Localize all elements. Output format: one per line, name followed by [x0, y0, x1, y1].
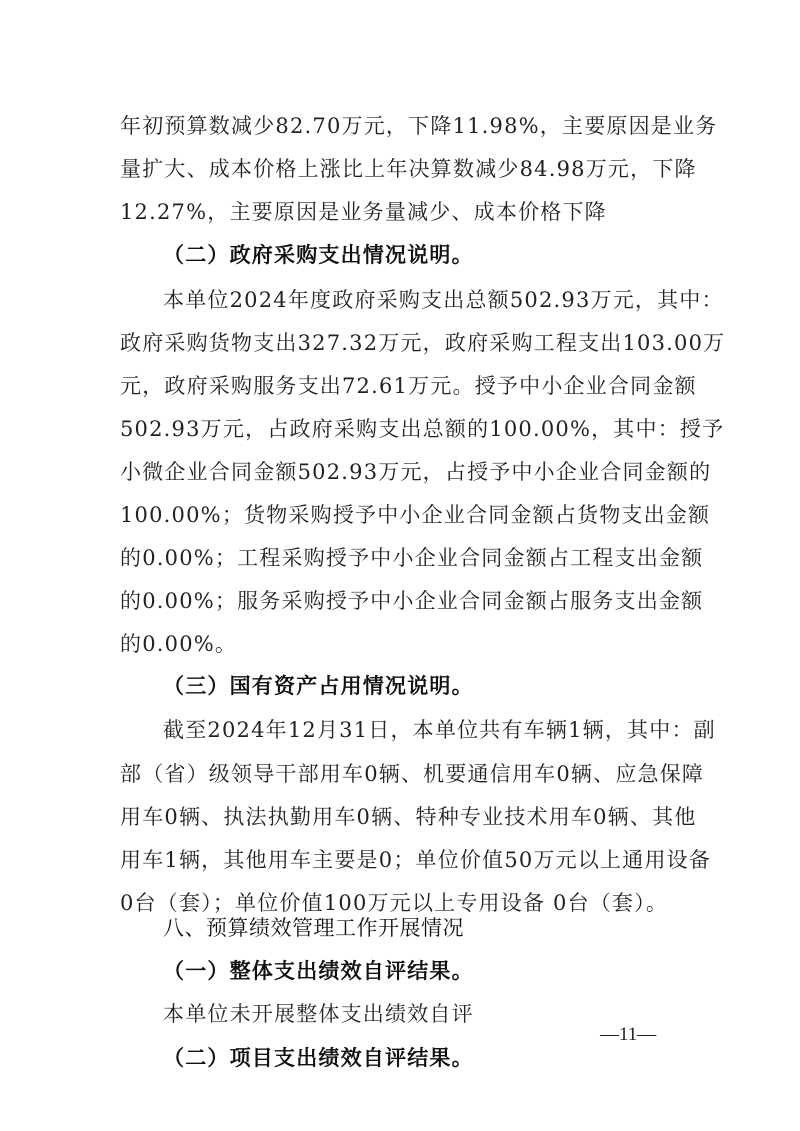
section-heading-procurement: （二）政府采购支出情况说明。: [163, 241, 474, 269]
paragraph-line: 部（省）级领导干部用车0辆、机要通信用车0辆、应急保障: [120, 760, 704, 788]
paragraph-line: 12.27%，主要原因是业务量减少、成本价格下降: [120, 198, 607, 226]
paragraph-line: 本单位2024年度政府采购支出总额502.93万元，其中：: [163, 286, 724, 314]
page-number: —11—: [600, 1024, 656, 1046]
paragraph-line: 用车0辆、执法执勤用车0辆、特种专业技术用车0辆、其他: [120, 803, 696, 831]
paragraph-line: 100.00%；货物采购授予中小企业合同金额占货物支出金额: [120, 501, 710, 529]
subsection-heading-project: （二）项目支出绩效自评结果。: [163, 1044, 474, 1072]
paragraph-line: 502.93万元，占政府采购支出总额的100.00%，其中：授予: [120, 415, 724, 443]
paragraph-line: 用车1辆，其他用车主要是0；单位价值50万元以上通用设备: [120, 846, 711, 874]
paragraph-line: 本单位未开展整体支出绩效自评: [163, 1000, 474, 1028]
subsection-heading-overall: （一）整体支出绩效自评结果。: [163, 957, 474, 985]
paragraph-line: 年初预算数减少82.70万元，下降11.98%，主要原因是业务: [120, 112, 717, 140]
section-heading-assets: （三）国有资产占用情况说明。: [163, 672, 474, 700]
paragraph-line: 的0.00%；工程采购授予中小企业合同金额占工程支出金额: [120, 544, 703, 572]
paragraph-line: 元，政府采购服务支出72.61万元。授予中小企业合同金额: [120, 372, 697, 400]
paragraph-line: 截至2024年12月31日，本单位共有车辆1辆，其中：副: [163, 716, 716, 744]
paragraph-line: 的0.00%。: [120, 630, 237, 658]
document-page: 年初预算数减少82.70万元，下降11.98%，主要原因是业务 量扩大、成本价格…: [0, 0, 800, 1131]
paragraph-line: 量扩大、成本价格上涨比上年决算数减少84.98万元，下降: [120, 155, 697, 183]
paragraph-line: 政府采购货物支出327.32万元，政府采购工程支出103.00万: [120, 329, 725, 357]
paragraph-line: 小微企业合同金额502.93万元，占授予中小企业合同金额的: [120, 458, 711, 486]
paragraph-line: 的0.00%；服务采购授予中小企业合同金额占服务支出金额: [120, 587, 703, 615]
section-heading-performance: 八、预算绩效管理工作开展情况: [163, 914, 464, 942]
paragraph-line: 0台（套）；单位价值100万元以上专用设备 0台（套）。: [120, 889, 668, 917]
